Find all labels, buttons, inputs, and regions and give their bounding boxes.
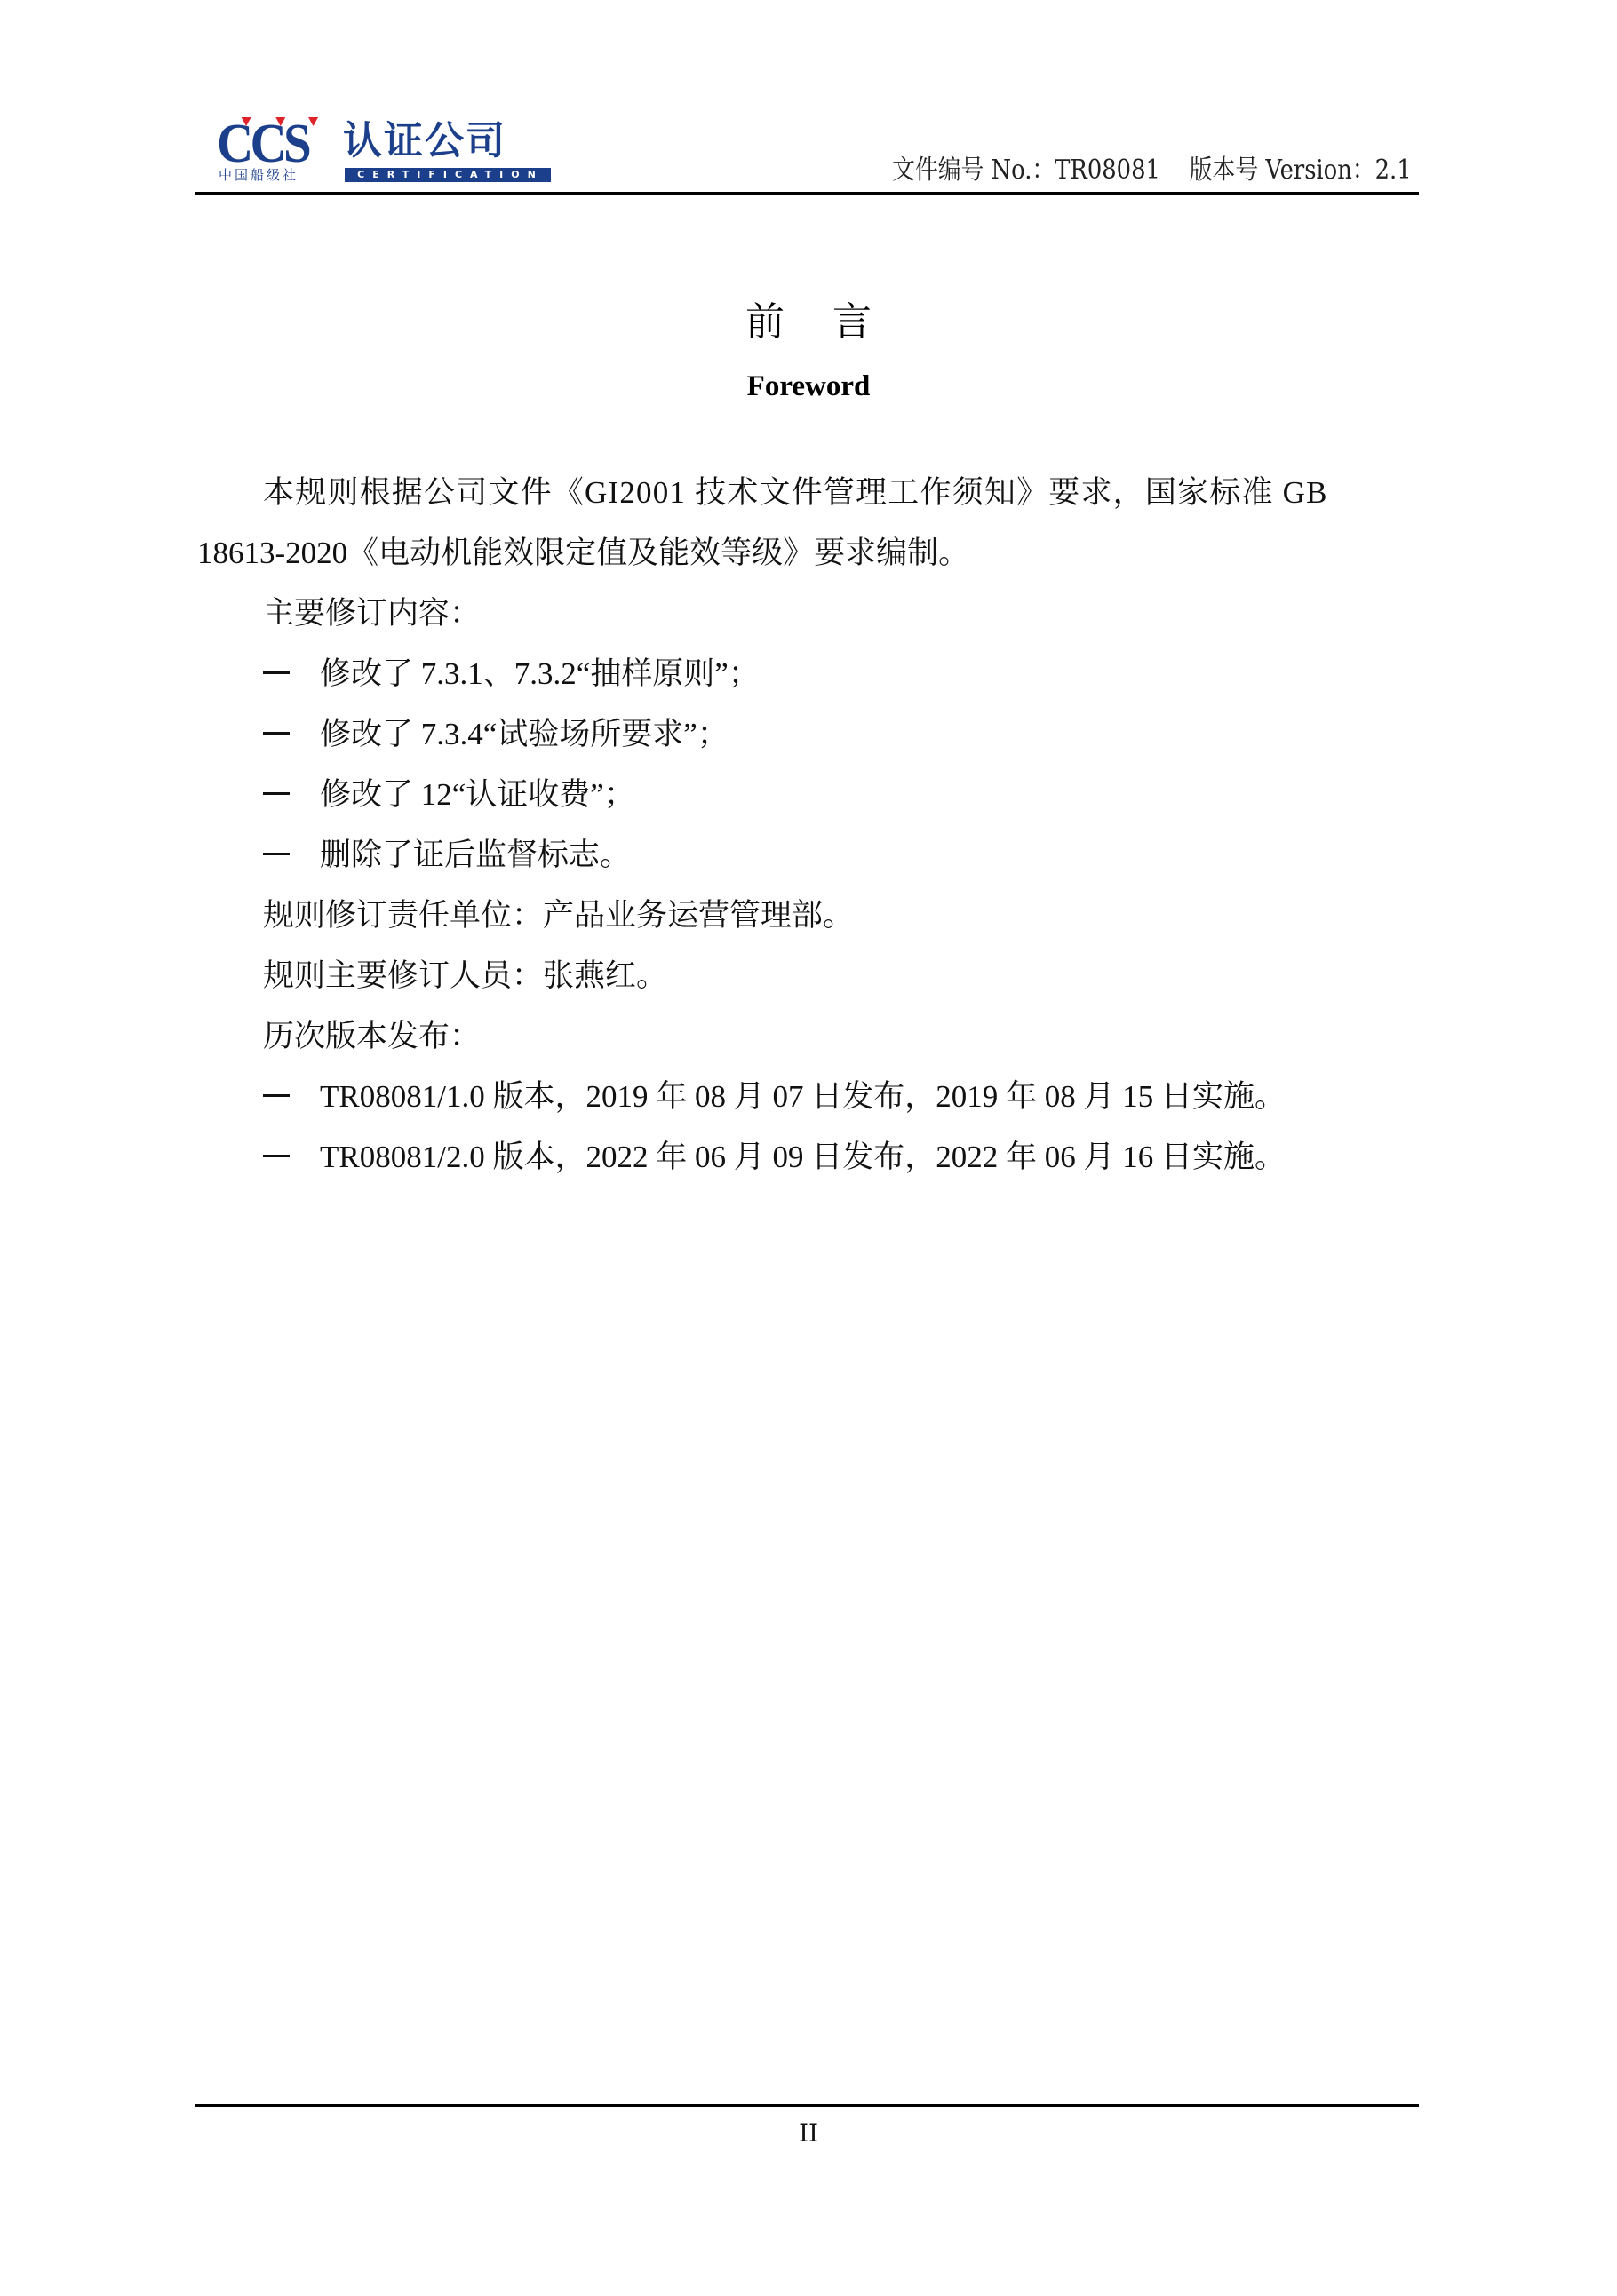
page-header: CCS 中国船级社 认证公司 CERTIFICATION 文件编号 No.：TR… [195, 107, 1419, 194]
dash-bullet-icon [263, 1127, 320, 1188]
document-page: CCS 中国船级社 认证公司 CERTIFICATION 文件编号 No.：TR… [0, 0, 1617, 2296]
version-history-item: TR08081/2.0 版本，2022 年 06 月 09 日发布，2022 年… [197, 1127, 1423, 1188]
revision-list-item: 修改了 12“认证收费”； [197, 765, 1423, 825]
dash-bullet-icon [263, 644, 320, 704]
main-reviser: 规则主要修订人员：张燕红。 [197, 946, 1423, 1006]
page-title-cn: 前言 [0, 298, 1617, 347]
logo-brand-mark: CCS [217, 119, 308, 169]
logo-red-accent-icon [308, 117, 318, 126]
ccs-certification-logo: CCS 中国船级社 认证公司 CERTIFICATION [217, 119, 737, 181]
dash-bullet-icon [263, 1067, 320, 1127]
intro-paragraph-line-2: 18613-2020《电动机能效限定值及能效等级》要求编制。 [197, 523, 1423, 584]
version-history-item: TR08081/1.0 版本，2019 年 08 月 07 日发布，2019 年… [197, 1067, 1423, 1127]
intro-paragraph-line-1: 本规则根据公司文件《GI2001 技术文件管理工作须知》要求，国家标准 GB [197, 463, 1423, 523]
foreword-body: 本规则根据公司文件《GI2001 技术文件管理工作须知》要求，国家标准 GB 1… [197, 463, 1423, 1188]
revision-list-item: 修改了 7.3.1、7.3.2“抽样原则”； [197, 644, 1423, 704]
dash-bullet-icon [263, 825, 320, 886]
header-divider [195, 192, 1419, 195]
logo-org-name: 中国船级社 [219, 168, 299, 182]
responsible-unit: 规则修订责任单位：产品业务运营管理部。 [197, 886, 1423, 946]
dash-bullet-icon [263, 765, 320, 825]
footer-divider [195, 2104, 1419, 2107]
revision-list-item: 修改了 7.3.4“试验场所要求”； [197, 704, 1423, 765]
page-title-en: Foreword [0, 369, 1617, 404]
revision-list-item: 删除了证后监督标志。 [197, 825, 1423, 886]
document-number-and-version: 文件编号 No.：TR08081 版本号 Version：2.1 [892, 153, 1412, 188]
logo-company-name: 认证公司 [343, 119, 506, 163]
logo-tagline: CERTIFICATION [345, 168, 551, 182]
version-history-heading: 历次版本发布： [197, 1006, 1423, 1067]
page-number: II [0, 2117, 1617, 2149]
revisions-heading: 主要修订内容： [197, 584, 1423, 644]
dash-bullet-icon [263, 704, 320, 765]
